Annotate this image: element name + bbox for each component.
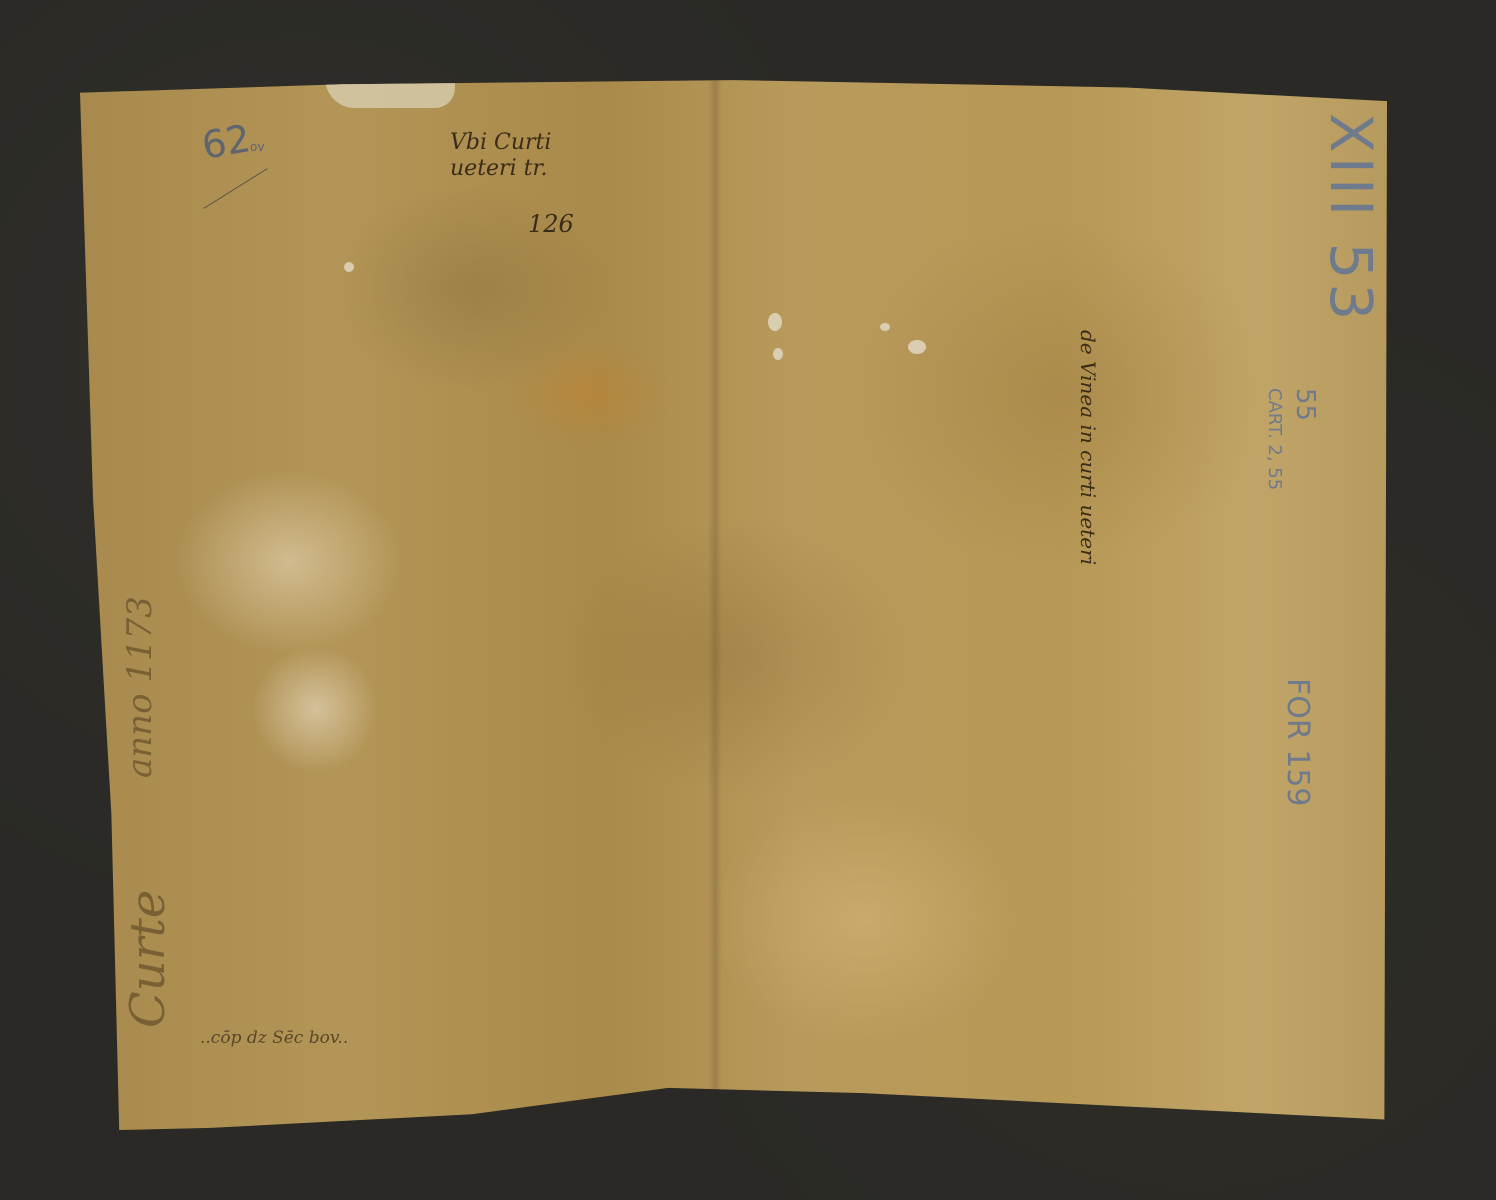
hole (768, 313, 782, 331)
parchment-sheet: 62 ov Vbi Curti ueteri tr. 126 de Vinea … (80, 78, 1387, 1130)
hole (880, 323, 890, 331)
dorsal-note-line2: ueteri tr. (450, 156, 548, 181)
center-fold (708, 78, 722, 1130)
archive-number: 62 (199, 116, 254, 168)
faded-inscription: Curte (120, 890, 176, 1028)
hole (908, 340, 926, 354)
cart-reference: CART. 2, 55 (1264, 388, 1285, 490)
hole (773, 348, 783, 360)
archive-number-suffix: ov (250, 140, 264, 154)
shelfmark-number: 55 (1290, 388, 1320, 421)
dorsal-number: 126 (528, 210, 574, 238)
pencil-stroke (203, 168, 267, 209)
bottom-dorsal-note: ..cōp dz Sēc bov.. (200, 1028, 348, 1048)
dorsal-note-line1: Vbi Curti (450, 130, 551, 155)
shelfmark: XIII 53 (1317, 113, 1385, 324)
for-reference: FOR 159 (1280, 678, 1315, 807)
dorsal-note-vertical: de Vinea in curti ueteri (1076, 330, 1100, 565)
hole (344, 262, 354, 272)
faded-year-note: anno 1173 (120, 596, 160, 778)
